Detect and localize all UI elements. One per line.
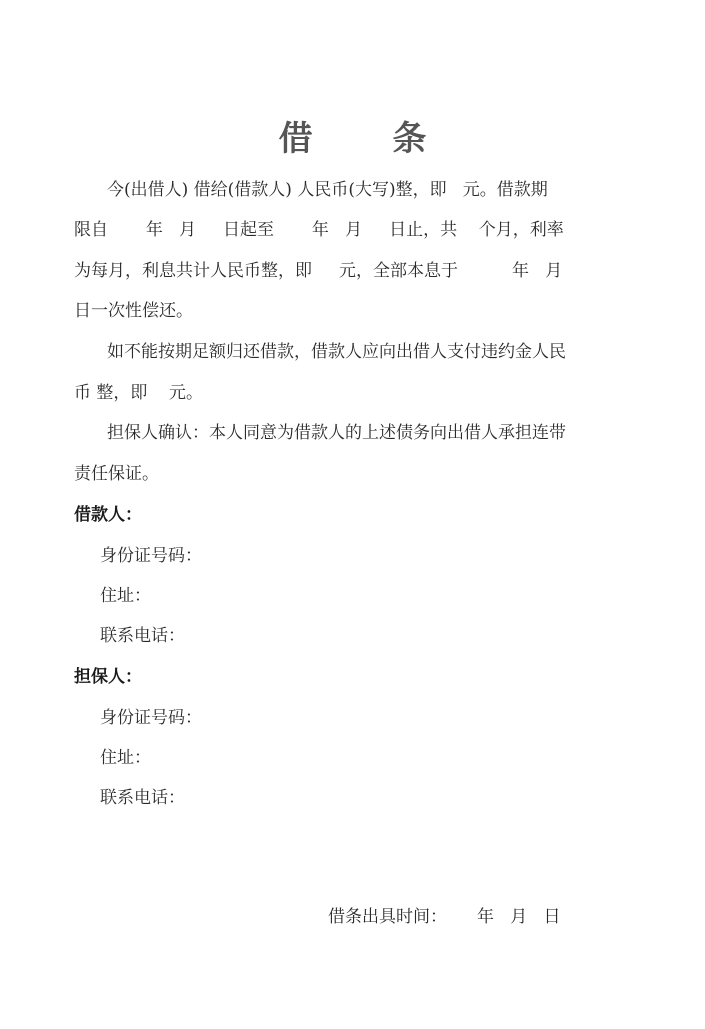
guarantor-address-label: 住址：	[100, 746, 151, 770]
paragraph-2-line-2: 币 整，即 元。	[74, 381, 203, 405]
paragraph-1-line-4: 日一次性偿还。	[74, 299, 193, 323]
guarantor-phone-label: 联系电话：	[100, 786, 185, 810]
paragraph-1-line-1: 今(出借人) 借给(借款人) 人民币(大写)整，即 元。借款期	[107, 178, 548, 202]
issue-date-value: 年 月 日	[450, 905, 560, 929]
borrower-address-label: 住址：	[100, 584, 151, 608]
document-page: 借 条 今(出借人) 借给(借款人) 人民币(大写)整，即 元。借款期 限自 年…	[0, 0, 705, 1029]
borrower-heading: 借款人：	[74, 503, 142, 527]
paragraph-1-line-3: 为每月，利息共计人民币整，即 元，全部本息于 年 月	[74, 259, 562, 283]
document-title: 借 条	[0, 116, 705, 162]
paragraph-1-line-2: 限自 年 月 日起至 年 月 日止，共 个月，利率	[74, 218, 564, 242]
borrower-phone-label: 联系电话：	[100, 624, 185, 648]
paragraph-3-line-1: 担保人确认：本人同意为借款人的上述债务向出借人承担连带	[107, 421, 566, 445]
issue-date-label: 借条出具时间：	[328, 905, 447, 929]
paragraph-3-line-2: 责任保证。	[74, 462, 159, 486]
paragraph-2-line-1: 如不能按期足额归还借款，借款人应向出借人支付违约金人民	[107, 340, 566, 364]
borrower-id-label: 身份证号码：	[100, 544, 202, 568]
guarantor-heading: 担保人：	[74, 665, 142, 689]
guarantor-id-label: 身份证号码：	[100, 706, 202, 730]
